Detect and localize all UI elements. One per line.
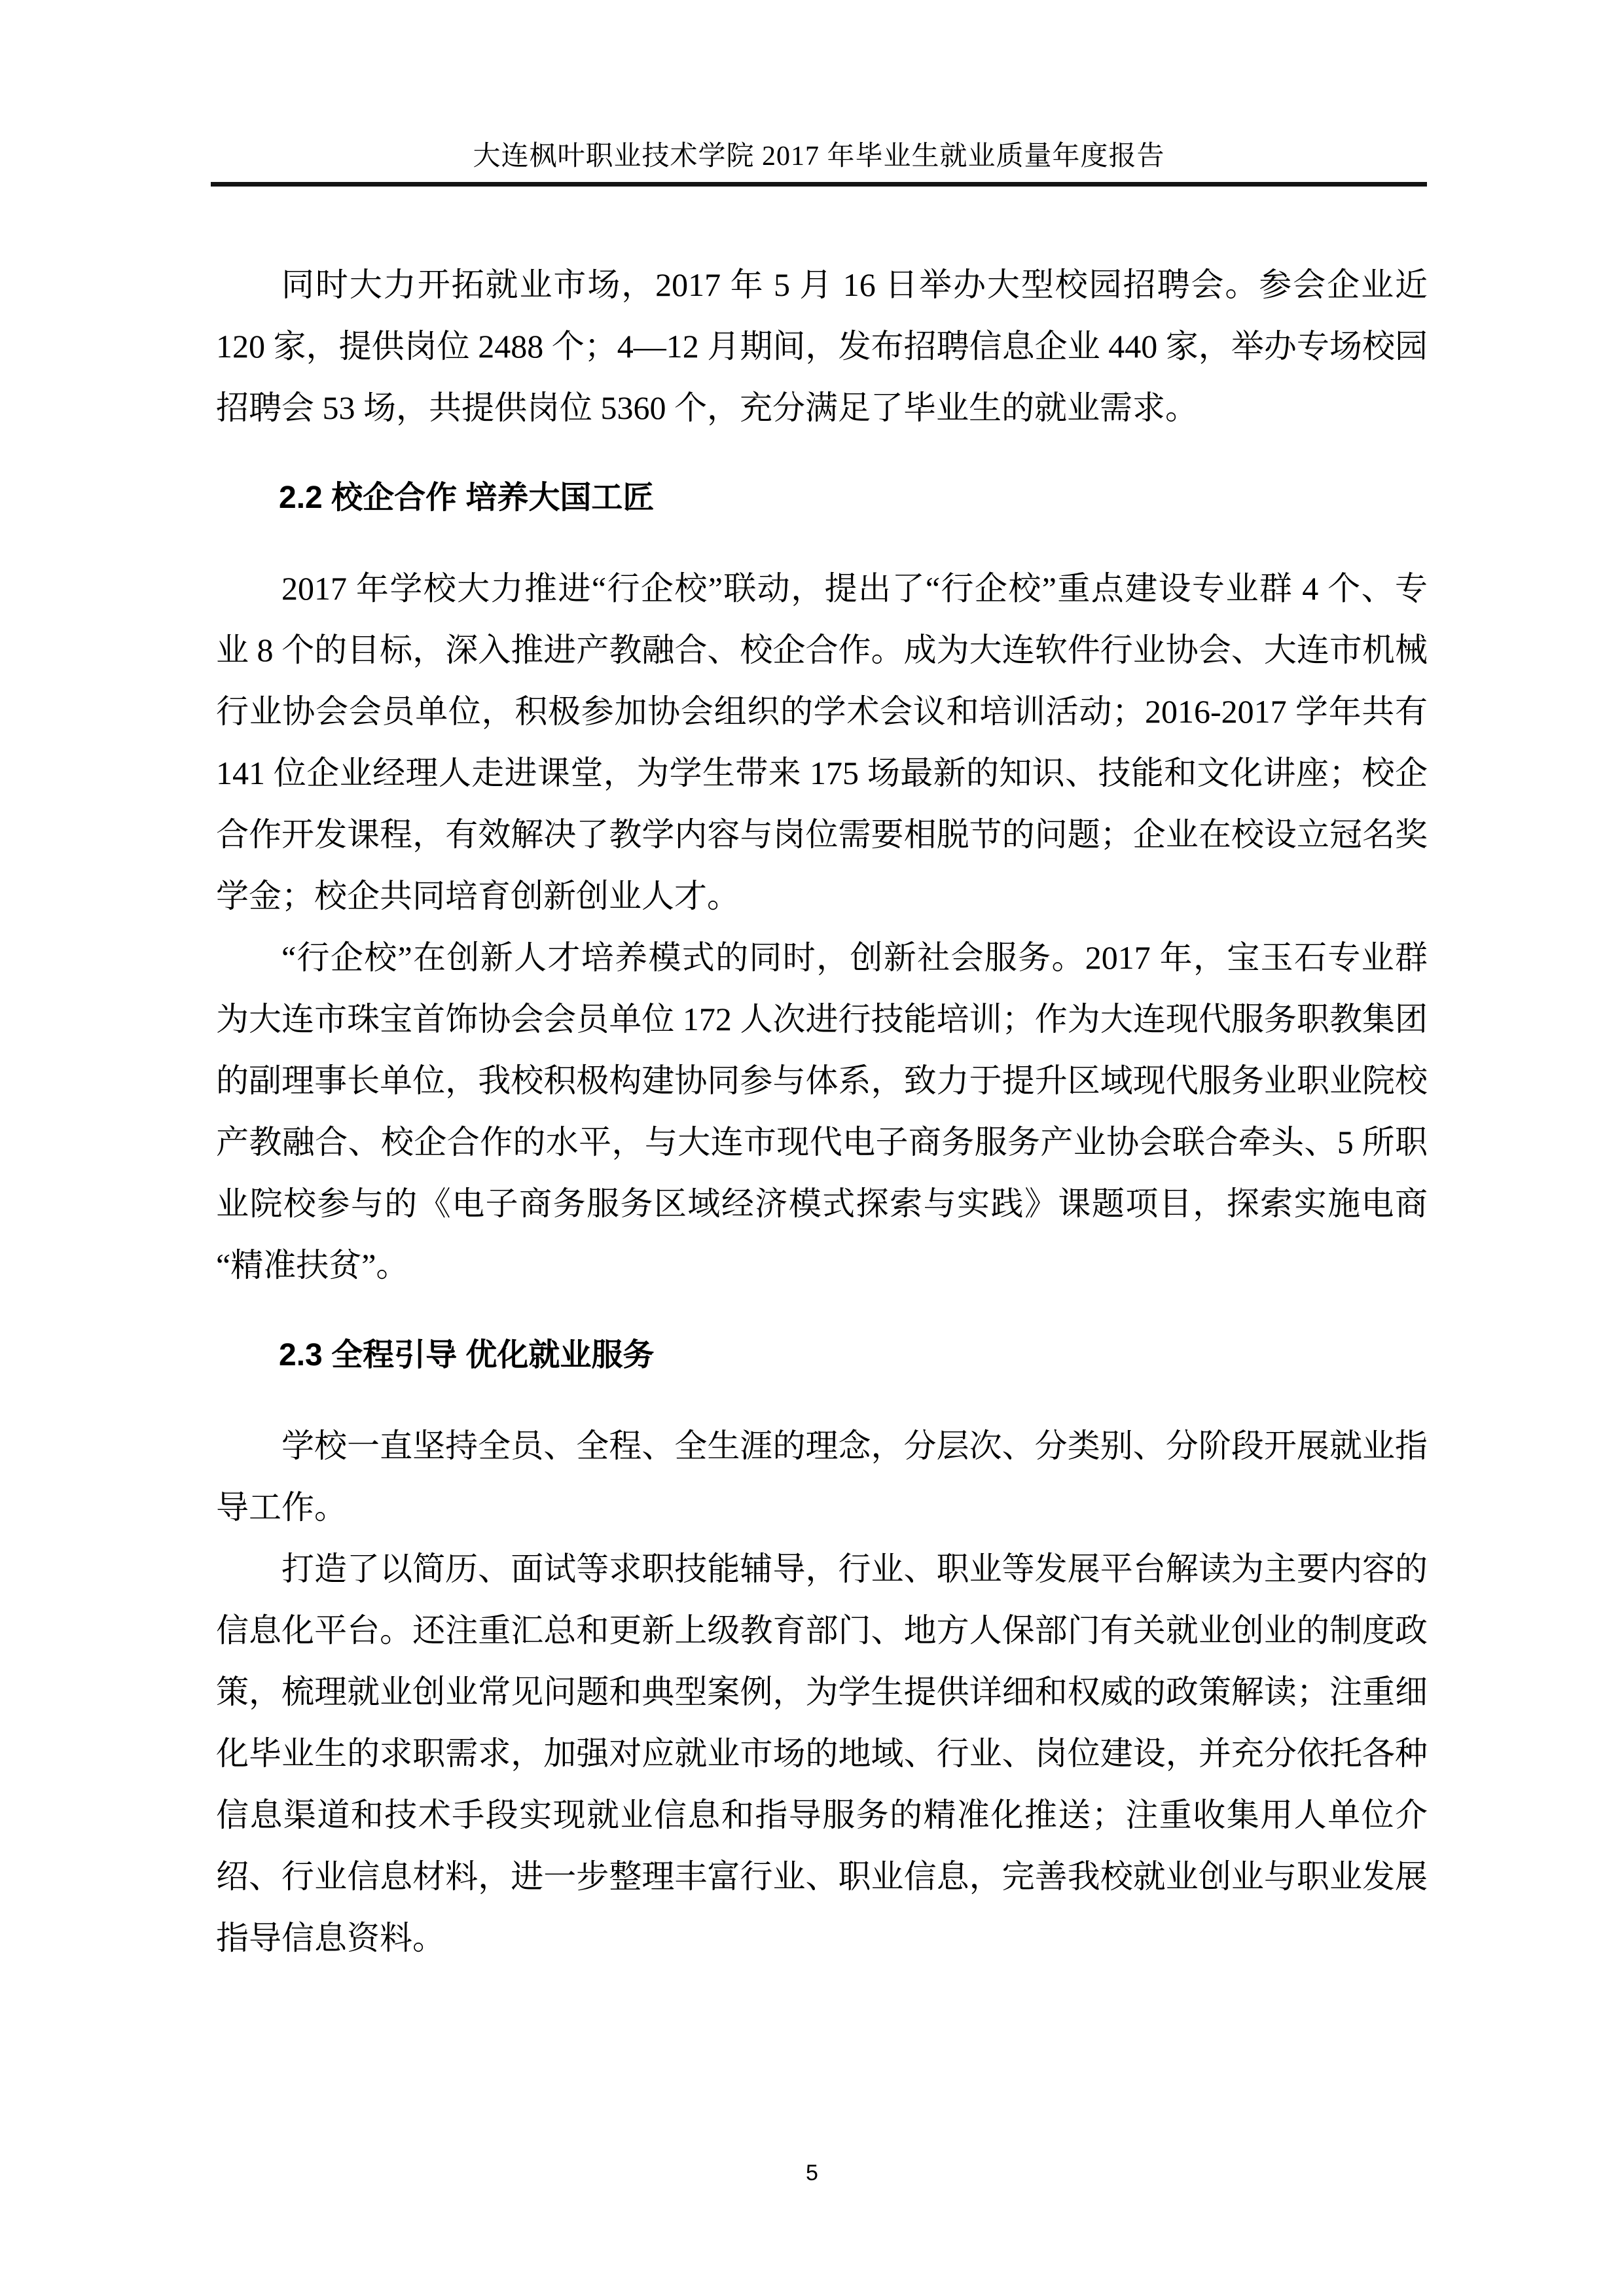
document-page: 大连枫叶职业技术学院 2017 年毕业生就业质量年度报告 同时大力开拓就业市场，… (0, 0, 1624, 2296)
body-paragraph: 同时大力开拓就业市场，2017 年 5 月 16 日举办大型校园招聘会。参会企业… (216, 254, 1428, 439)
page-header: 大连枫叶职业技术学院 2017 年毕业生就业质量年度报告 (211, 139, 1427, 174)
body-paragraph: 学校一直坚持全员、全程、全生涯的理念，分层次、分类别、分阶段开展就业指导工作。 (216, 1415, 1428, 1538)
body-paragraph: 打造了以简历、面试等求职技能辅导，行业、职业等发展平台解读为主要内容的信息化平台… (216, 1538, 1428, 1969)
page-header-title: 大连枫叶职业技术学院 2017 年毕业生就业质量年度报告 (473, 141, 1164, 171)
section-heading-2-3: 2.3 全程引导 优化就业服务 (216, 1326, 1428, 1385)
section-heading-2-2: 2.2 校企合作 培养大国工匠 (216, 469, 1428, 528)
document-body: 同时大力开拓就业市场，2017 年 5 月 16 日举办大型校园招聘会。参会企业… (216, 254, 1428, 1969)
page-number: 5 (806, 2161, 818, 2185)
page-footer: 5 (0, 2159, 1624, 2187)
body-paragraph: “行企校”在创新人才培养模式的同时，创新社会服务。2017 年，宝玉石专业群为大… (216, 927, 1428, 1296)
header-divider (211, 182, 1427, 187)
body-paragraph: 2017 年学校大力推进“行企校”联动，提出了“行企校”重点建设专业群 4 个、… (216, 558, 1428, 927)
